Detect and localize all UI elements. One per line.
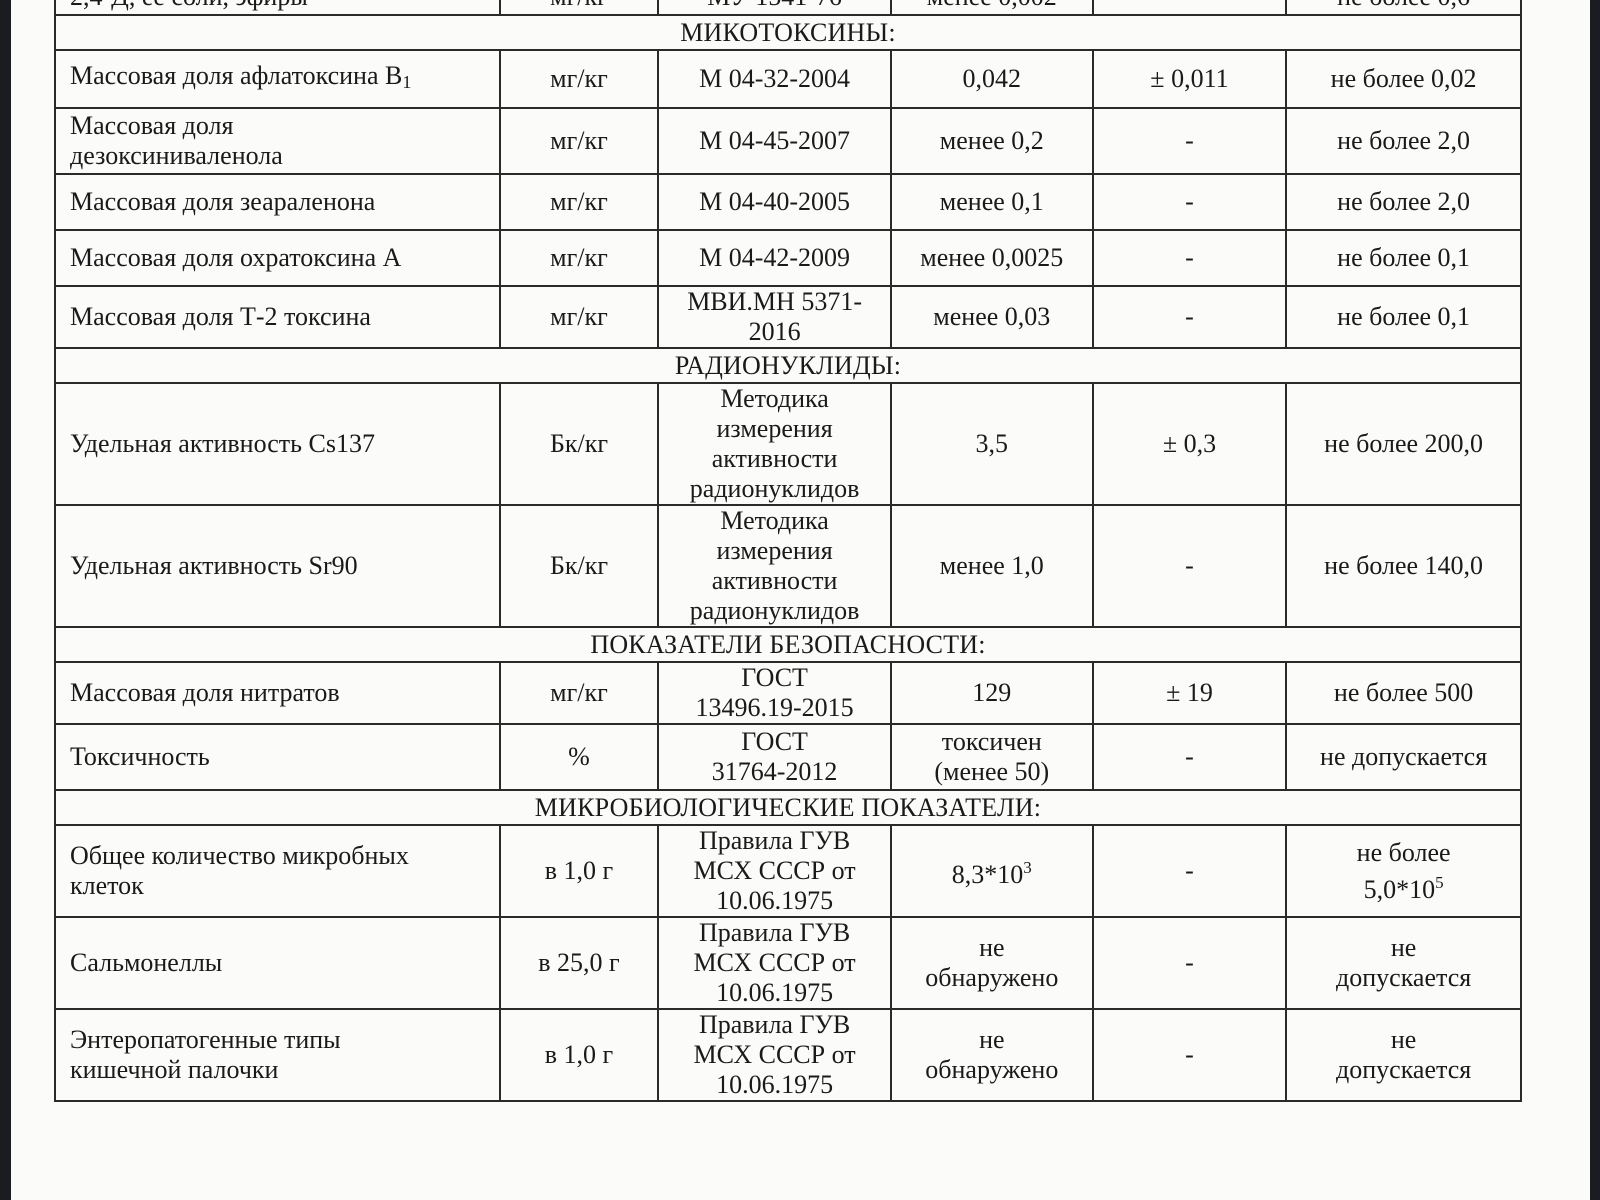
test-result-cell: менее 1,0 (891, 505, 1093, 627)
norm-value: не более 2,0 (1337, 126, 1470, 155)
indicator-name: Массовая доля зеараленона (70, 187, 375, 216)
indicator-name: Токсичность (70, 742, 210, 771)
unit-cell: в 25,0 г (500, 917, 659, 1009)
unit-cell: мг/кг (500, 174, 659, 230)
table-row: Общее количество микробных клетокв 1,0 г… (55, 825, 1521, 917)
indicator-name: Массовая доля дезоксиниваленола (70, 111, 283, 170)
test-result: менее 1,0 (940, 551, 1044, 580)
norm-value: не более 0,02 (1331, 64, 1477, 93)
test-method: ГОСТ 13496.19-2015 (696, 663, 854, 722)
test-result: менее 0,002 (891, 0, 1093, 15)
norm-value-cell: не более 2,0 (1286, 108, 1521, 174)
measurement-error-cell: ± 19 (1093, 662, 1287, 724)
indicator-name: Массовая доля нитратов (70, 678, 340, 707)
unit-cell: мг/кг (500, 286, 659, 348)
indicator-name-cell: Массовая доля охратоксина А (55, 230, 500, 286)
norm-value: не допускается (1336, 1025, 1471, 1084)
indicator-name: Массовая доля Т-2 токсина (70, 302, 371, 331)
subscript: 1 (402, 72, 411, 92)
section-header-row: МИКРОБИОЛОГИЧЕСКИЕ ПОКАЗАТЕЛИ: (55, 790, 1521, 825)
test-method-cell: М 04-32-2004 (658, 50, 891, 108)
indicator-name: Массовая доля охратоксина А (70, 243, 401, 272)
test-method: М 04-42-2009 (699, 243, 850, 272)
test-result: менее 0,1 (940, 187, 1044, 216)
test-result-cell: не обнаружено (891, 917, 1093, 1009)
test-result: менее 0,2 (940, 126, 1044, 155)
indicator-name: Энтеропатогенные типы кишечной палочки (70, 1025, 341, 1084)
unit-cell: Бк/кг (500, 505, 659, 627)
measurement-error: - (1185, 302, 1194, 331)
norm-value: не более 0,6 (1286, 0, 1521, 15)
test-method-cell: Правила ГУВ МСХ СССР от 10.06.1975 (658, 917, 891, 1009)
superscript: 5 (1435, 873, 1444, 892)
unit: в 25,0 г (538, 948, 619, 977)
indicator-name-cell: Общее количество микробных клеток (55, 825, 500, 917)
section-title: ПОКАЗАТЕЛИ БЕЗОПАСНОСТИ: (55, 627, 1521, 662)
table-row: Массовая доля афлатоксина B1мг/кгМ 04-32… (55, 50, 1521, 108)
norm-value-cell: не более 2,0 (1286, 174, 1521, 230)
section-header-row: ПОКАЗАТЕЛИ БЕЗОПАСНОСТИ: (55, 627, 1521, 662)
indicator-name: Общее количество микробных клеток (70, 841, 409, 900)
measurement-error-cell: - (1093, 917, 1287, 1009)
test-result-cell: менее 0,0025 (891, 230, 1093, 286)
section-header-row: МИКОТОКСИНЫ: (55, 15, 1521, 50)
test-results-table: 2,4-Д, ее соли, эфиры мг/кг МУ 1541-76 м… (54, 0, 1522, 1102)
section-title: МИКОТОКСИНЫ: (55, 15, 1521, 50)
table-row-partial: 2,4-Д, ее соли, эфиры мг/кг МУ 1541-76 м… (55, 0, 1521, 15)
test-result: не обнаружено (925, 933, 1058, 992)
unit-cell: % (500, 724, 659, 790)
measurement-error: - (1185, 187, 1194, 216)
table-row: Массовая доля Т-2 токсинамг/кгМВИ.МН 537… (55, 286, 1521, 348)
measurement-error: - (1185, 551, 1194, 580)
indicator-name-cell: Массовая доля Т-2 токсина (55, 286, 500, 348)
table-row: Массовая доля охратоксина Амг/кгМ 04-42-… (55, 230, 1521, 286)
unit: мг/кг (550, 302, 608, 331)
table-row: Массовая доля дезоксиниваленоламг/кгМ 04… (55, 108, 1521, 174)
test-method: ГОСТ 31764-2012 (712, 727, 838, 786)
norm-value: не более 5,0*10 (1357, 838, 1451, 904)
test-result-cell: менее 0,1 (891, 174, 1093, 230)
measurement-error: ± 19 (1166, 678, 1213, 707)
test-result: 0,042 (963, 64, 1022, 93)
test-method: Правила ГУВ МСХ СССР от 10.06.1975 (694, 918, 856, 1007)
test-method: М 04-45-2007 (699, 126, 850, 155)
indicator-name: Сальмонеллы (70, 948, 222, 977)
test-result-cell: менее 0,2 (891, 108, 1093, 174)
norm-value: не более 140,0 (1324, 551, 1483, 580)
test-method-cell: ГОСТ 13496.19-2015 (658, 662, 891, 724)
norm-value-cell: не более 0,02 (1286, 50, 1521, 108)
test-method-cell: Методика измерения активности радионукли… (658, 383, 891, 505)
norm-value-cell: не более 200,0 (1286, 383, 1521, 505)
table-row: Энтеропатогенные типы кишечной палочкив … (55, 1009, 1521, 1101)
table-row: Удельная активность Cs137Бк/кгМетодика и… (55, 383, 1521, 505)
unit: мг/кг (550, 243, 608, 272)
test-result: 8,3*10 (952, 860, 1024, 889)
unit: мг/кг (550, 64, 608, 93)
test-result: 129 (972, 678, 1011, 707)
unit: в 1,0 г (545, 856, 613, 885)
unit: % (568, 742, 590, 771)
section-title: МИКРОБИОЛОГИЧЕСКИЕ ПОКАЗАТЕЛИ: (55, 790, 1521, 825)
indicator-name: Удельная активность Cs137 (70, 429, 375, 458)
unit-cell: в 1,0 г (500, 825, 659, 917)
unit: мг/кг (550, 187, 608, 216)
unit-cell: Бк/кг (500, 383, 659, 505)
table-row: Сальмонеллыв 25,0 гПравила ГУВ МСХ СССР … (55, 917, 1521, 1009)
table-row: Удельная активность Sr90Бк/кгМетодика из… (55, 505, 1521, 627)
test-method-cell: Методика измерения активности радионукли… (658, 505, 891, 627)
measurement-error-cell: - (1093, 230, 1287, 286)
test-result: менее 0,0025 (920, 243, 1063, 272)
test-method: Правила ГУВ МСХ СССР от 10.06.1975 (694, 826, 856, 915)
measurement-error-cell: - (1093, 724, 1287, 790)
indicator-name-cell: Токсичность (55, 724, 500, 790)
test-method-cell: Правила ГУВ МСХ СССР от 10.06.1975 (658, 825, 891, 917)
unit-cell: мг/кг (500, 108, 659, 174)
measurement-error-cell: - (1093, 108, 1287, 174)
measurement-error: - (1185, 243, 1194, 272)
test-method-cell: Правила ГУВ МСХ СССР от 10.06.1975 (658, 1009, 891, 1101)
unit: Бк/кг (550, 551, 608, 580)
norm-value: не более 200,0 (1324, 429, 1483, 458)
test-result-cell: 3,5 (891, 383, 1093, 505)
indicator-name-cell: Массовая доля нитратов (55, 662, 500, 724)
measurement-error: ± 0,3 (1163, 429, 1216, 458)
test-result-cell: 0,042 (891, 50, 1093, 108)
norm-value-cell: не более 0,1 (1286, 286, 1521, 348)
measurement-error-cell: ± 0,011 (1093, 50, 1287, 108)
unit: Бк/кг (550, 429, 608, 458)
unit: мг/кг (500, 0, 659, 15)
test-result-cell: токсичен (менее 50) (891, 724, 1093, 790)
indicator-name: Удельная активность Sr90 (70, 551, 358, 580)
unit-cell: мг/кг (500, 230, 659, 286)
indicator-name-cell: Удельная активность Cs137 (55, 383, 500, 505)
norm-value-cell: не допускается (1286, 917, 1521, 1009)
test-method-cell: МВИ.МН 5371- 2016 (658, 286, 891, 348)
measurement-error: - (1185, 126, 1194, 155)
norm-value-cell: не более 5,0*105 (1286, 825, 1521, 917)
norm-value-cell: не более 140,0 (1286, 505, 1521, 627)
measurement-error-cell: ± 0,3 (1093, 383, 1287, 505)
test-method: М 04-32-2004 (699, 64, 850, 93)
norm-value: не более 500 (1334, 678, 1473, 707)
test-method-cell: М 04-40-2005 (658, 174, 891, 230)
measurement-error: - (1093, 0, 1287, 15)
test-method: Правила ГУВ МСХ СССР от 10.06.1975 (694, 1010, 856, 1099)
unit: в 1,0 г (545, 1040, 613, 1069)
measurement-error-cell: - (1093, 1009, 1287, 1101)
section-title: РАДИОНУКЛИДЫ: (55, 348, 1521, 383)
indicator-name-cell: Массовая доля зеараленона (55, 174, 500, 230)
indicator-name-cell: Энтеропатогенные типы кишечной палочки (55, 1009, 500, 1101)
norm-value-cell: не допускается (1286, 724, 1521, 790)
indicator-name-cell: Удельная активность Sr90 (55, 505, 500, 627)
test-method: М 04-40-2005 (699, 187, 850, 216)
measurement-error: - (1185, 1040, 1194, 1069)
test-result: токсичен (менее 50) (934, 727, 1049, 786)
unit: мг/кг (550, 678, 608, 707)
test-result: не обнаружено (925, 1025, 1058, 1084)
measurement-error-cell: - (1093, 825, 1287, 917)
measurement-error-cell: - (1093, 505, 1287, 627)
test-method: Методика измерения активности радионукли… (690, 506, 860, 625)
test-result-cell: 129 (891, 662, 1093, 724)
test-result: 3,5 (976, 429, 1009, 458)
unit-cell: мг/кг (500, 662, 659, 724)
test-result-cell: 8,3*103 (891, 825, 1093, 917)
test-method-cell: М 04-45-2007 (658, 108, 891, 174)
test-method: Методика измерения активности радионукли… (690, 384, 860, 503)
measurement-error-cell: - (1093, 286, 1287, 348)
norm-value: не более 0,1 (1337, 302, 1470, 331)
norm-value-cell: не более 500 (1286, 662, 1521, 724)
test-method-cell: М 04-42-2009 (658, 230, 891, 286)
test-method: МВИ.МН 5371- 2016 (687, 287, 862, 346)
test-result: менее 0,03 (933, 302, 1050, 331)
measurement-error: ± 0,011 (1150, 64, 1228, 93)
superscript: 3 (1023, 858, 1032, 877)
indicator-name-cell: Массовая доля афлатоксина B1 (55, 50, 500, 108)
measurement-error: - (1185, 948, 1194, 977)
norm-value: не более 2,0 (1337, 187, 1470, 216)
indicator-name: Массовая доля афлатоксина B (70, 61, 402, 90)
table-row: Токсичность%ГОСТ 31764-2012токсичен (мен… (55, 724, 1521, 790)
indicator-name-cell: Сальмонеллы (55, 917, 500, 1009)
unit: мг/кг (550, 126, 608, 155)
indicator-name: 2,4-Д, ее соли, эфиры (55, 0, 500, 15)
norm-value-cell: не допускается (1286, 1009, 1521, 1101)
test-result-cell: менее 0,03 (891, 286, 1093, 348)
measurement-error: - (1185, 856, 1194, 885)
measurement-error-cell: - (1093, 174, 1287, 230)
section-header-row: РАДИОНУКЛИДЫ: (55, 348, 1521, 383)
norm-value: не более 0,1 (1337, 243, 1470, 272)
test-method: МУ 1541-76 (658, 0, 891, 15)
measurement-error: - (1185, 742, 1194, 771)
test-method-cell: ГОСТ 31764-2012 (658, 724, 891, 790)
norm-value: не допускается (1336, 933, 1471, 992)
test-result-cell: не обнаружено (891, 1009, 1093, 1101)
unit-cell: в 1,0 г (500, 1009, 659, 1101)
indicator-name-cell: Массовая доля дезоксиниваленола (55, 108, 500, 174)
norm-value-cell: не более 0,1 (1286, 230, 1521, 286)
norm-value: не допускается (1320, 742, 1487, 771)
table-row: Массовая доля нитратовмг/кгГОСТ 13496.19… (55, 662, 1521, 724)
table-row: Массовая доля зеараленонамг/кгМ 04-40-20… (55, 174, 1521, 230)
unit-cell: мг/кг (500, 50, 659, 108)
document-page: 2,4-Д, ее соли, эфиры мг/кг МУ 1541-76 м… (11, 0, 1590, 1200)
